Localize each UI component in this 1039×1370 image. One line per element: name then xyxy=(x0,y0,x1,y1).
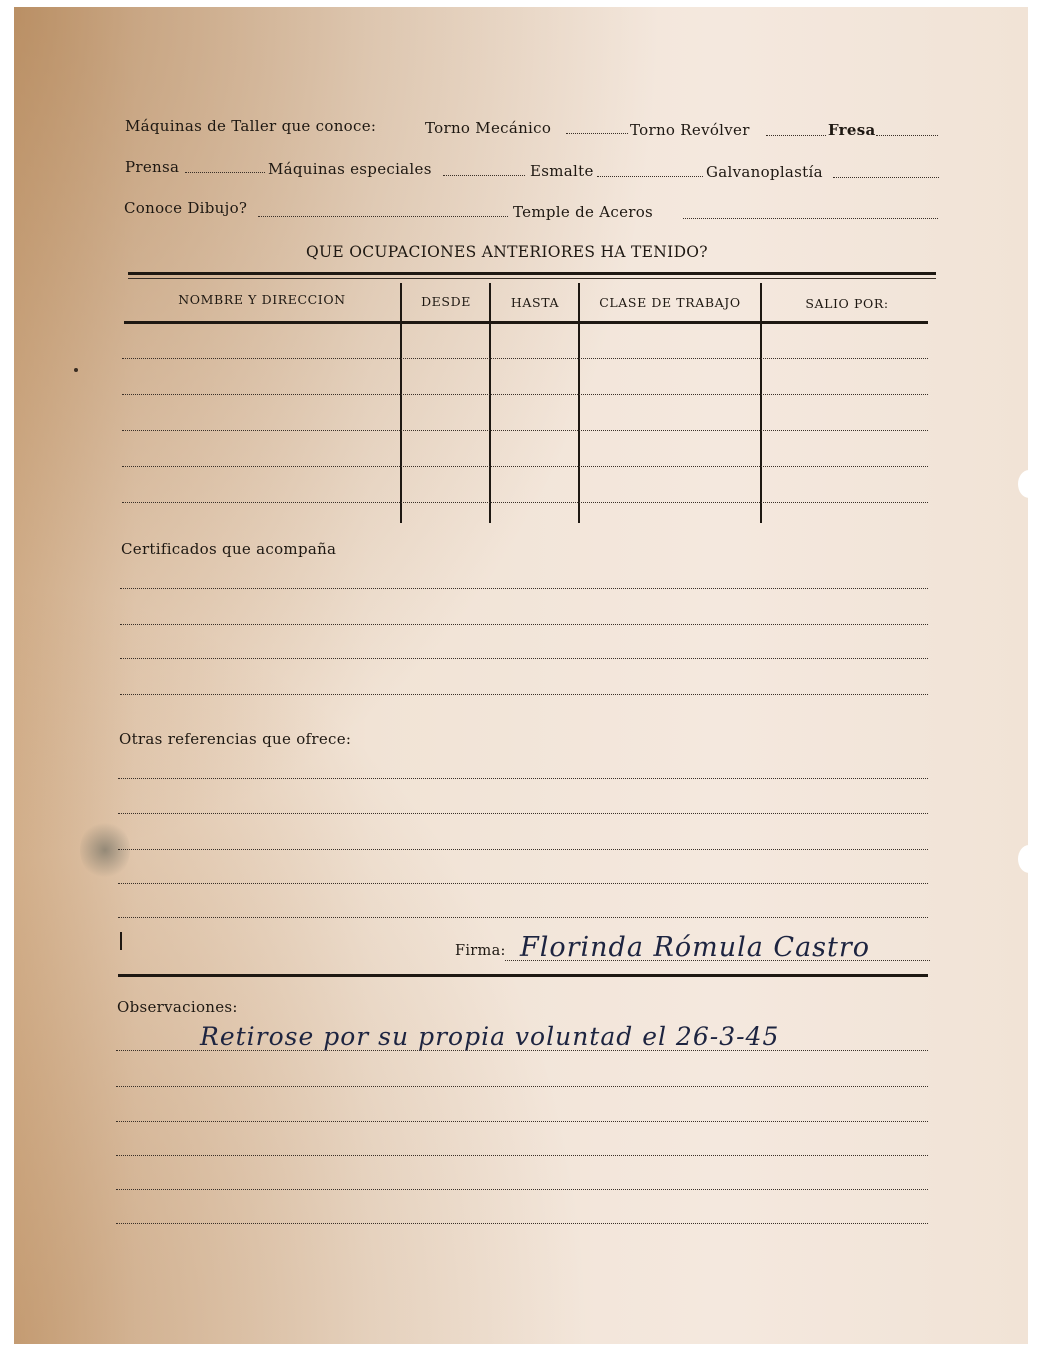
certificates-line[interactable] xyxy=(120,588,928,589)
table-row[interactable] xyxy=(122,466,928,467)
references-line[interactable] xyxy=(118,917,928,918)
references-label: Otras referencias que ofrece: xyxy=(119,730,351,748)
conoce-dibujo-field[interactable] xyxy=(258,216,508,217)
signature-rule xyxy=(118,974,928,977)
page-tear xyxy=(1018,470,1039,498)
torno-mecanico-field[interactable] xyxy=(566,133,628,134)
col-header-hasta: HASTA xyxy=(491,295,579,310)
prensa-label: Prensa xyxy=(125,158,179,176)
table-row[interactable] xyxy=(122,430,928,431)
observations-value[interactable]: Retirose por su propia voluntad el 26-3-… xyxy=(200,1022,779,1051)
references-line[interactable] xyxy=(118,778,928,779)
temple-aceros-field[interactable] xyxy=(683,218,938,219)
certificates-line[interactable] xyxy=(120,694,928,695)
machines-label: Máquinas de Taller que conoce: xyxy=(125,117,376,135)
observations-line[interactable] xyxy=(116,1086,928,1087)
ink-dot xyxy=(74,368,78,372)
table-top-rule xyxy=(128,272,936,275)
table-top-rule-thin xyxy=(128,278,936,279)
torno-mecanico-label: Torno Mecánico xyxy=(425,119,551,137)
certificates-line[interactable] xyxy=(120,624,928,625)
col-header-salio: SALIO POR: xyxy=(762,296,932,311)
observations-line[interactable] xyxy=(116,1121,928,1122)
occupations-title: QUE OCUPACIONES ANTERIORES HA TENIDO? xyxy=(306,243,708,261)
table-row[interactable] xyxy=(122,358,928,359)
col-header-desde: DESDE xyxy=(402,294,490,309)
references-line[interactable] xyxy=(118,849,928,850)
certificates-label: Certificados que acompaña xyxy=(121,540,336,558)
observations-line[interactable] xyxy=(116,1223,928,1224)
col-divider xyxy=(760,283,762,523)
esmalte-label: Esmalte xyxy=(530,162,594,180)
col-header-nombre: NOMBRE Y DIRECCION xyxy=(124,292,400,307)
galvanoplastia-label: Galvanoplastía xyxy=(706,163,823,181)
esmalte-field[interactable] xyxy=(597,176,703,177)
observations-line[interactable] xyxy=(116,1189,928,1190)
temple-aceros-label: Temple de Aceros xyxy=(513,203,653,221)
certificates-line[interactable] xyxy=(120,658,928,659)
col-divider xyxy=(400,283,402,523)
torno-revolver-label: Torno Revólver xyxy=(630,121,750,139)
page-tear xyxy=(1018,845,1039,873)
col-header-clase: CLASE DE TRABAJO xyxy=(580,295,760,310)
fresa-label: Fresa xyxy=(828,121,876,139)
col-divider xyxy=(489,283,491,523)
table-row[interactable] xyxy=(122,502,928,503)
margin-tick xyxy=(120,932,122,950)
maquinas-especiales-field[interactable] xyxy=(443,175,525,176)
observations-label: Observaciones: xyxy=(117,998,238,1016)
references-line[interactable] xyxy=(118,813,928,814)
torno-revolver-field[interactable] xyxy=(766,135,826,136)
maquinas-especiales-label: Máquinas especiales xyxy=(268,160,432,178)
signature-label: Firma: xyxy=(455,943,506,959)
conoce-dibujo-label: Conoce Dibujo? xyxy=(124,199,247,217)
ink-stain xyxy=(80,820,130,880)
galvanoplastia-field[interactable] xyxy=(833,177,939,178)
references-line[interactable] xyxy=(118,883,928,884)
observations-line[interactable] xyxy=(116,1155,928,1156)
table-row[interactable] xyxy=(122,394,928,395)
signature-value[interactable]: Florinda Rómula Castro xyxy=(520,932,870,963)
header-bottom-rule xyxy=(124,321,928,324)
prensa-field[interactable] xyxy=(185,172,265,173)
col-divider xyxy=(578,283,580,523)
fresa-field[interactable] xyxy=(876,135,938,136)
